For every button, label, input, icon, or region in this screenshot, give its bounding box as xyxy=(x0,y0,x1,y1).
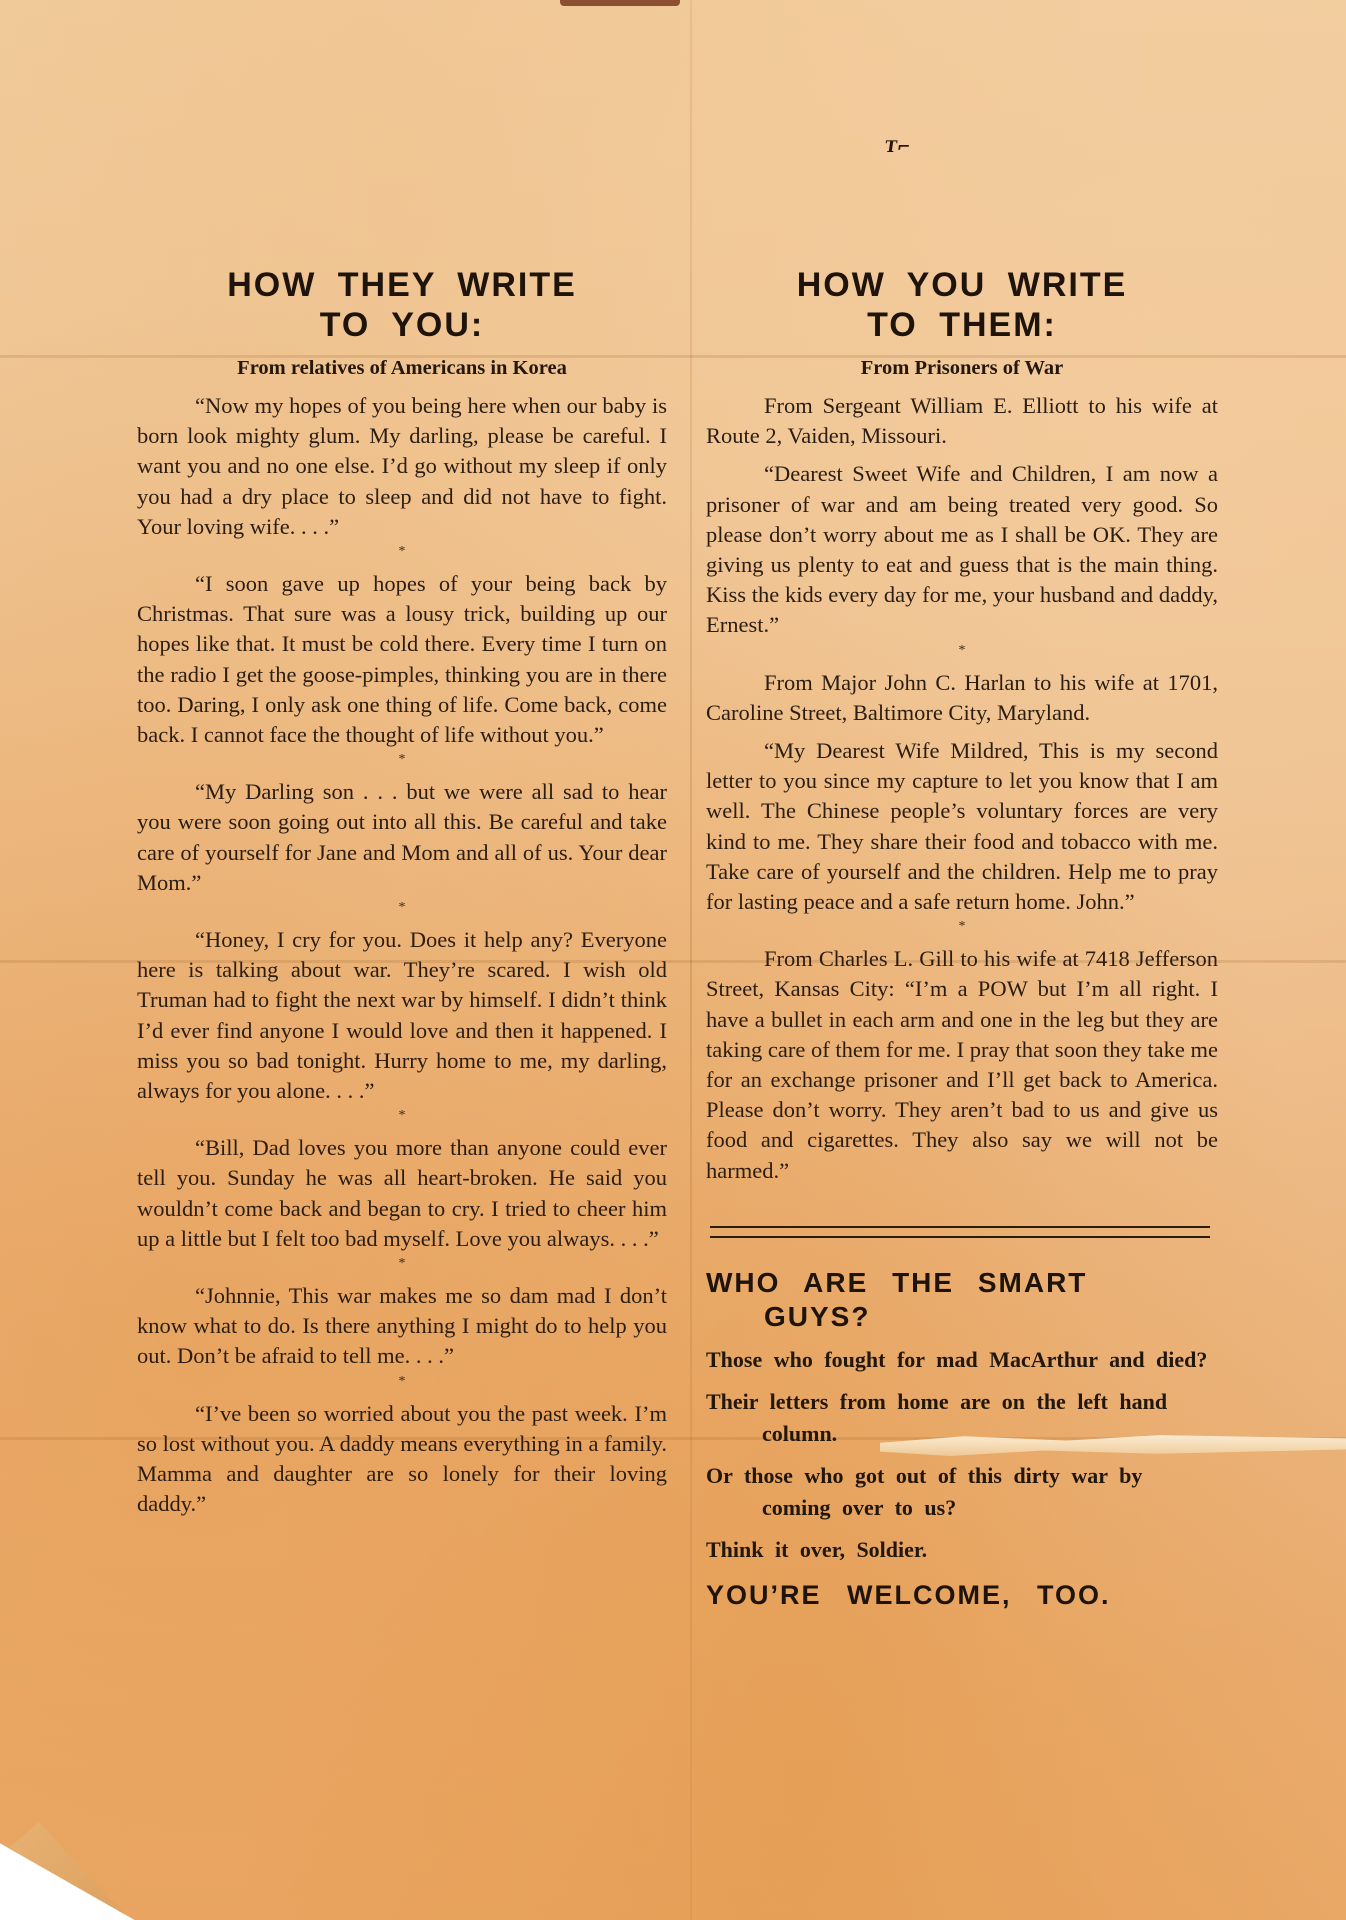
letter-intro: From Sergeant William E. Elliott to his … xyxy=(706,391,1218,451)
left-headline: HOW THEY WRITE TO YOU: xyxy=(137,265,667,345)
separator-asterisk: * xyxy=(706,644,1218,658)
separator-asterisk: * xyxy=(137,901,667,915)
letter-intro: From Charles L. Gill to his wife at 7418… xyxy=(706,944,1218,1186)
letter-intro: From Major John C. Harlan to his wife at… xyxy=(706,668,1218,728)
separator-asterisk: * xyxy=(137,545,667,559)
letter: “Honey, I cry for you. Does it help any?… xyxy=(137,925,667,1106)
separator-asterisk: * xyxy=(137,1257,667,1271)
letter: “I soon gave up hopes of your being back… xyxy=(137,569,667,750)
smart-item: Those who fought for mad MacArthur and d… xyxy=(706,1344,1218,1376)
letter: “I’ve been so worried about you the past… xyxy=(137,1399,667,1520)
separator-asterisk: * xyxy=(137,1109,667,1123)
right-headline-line1: HOW YOU WRITE xyxy=(797,266,1128,304)
folded-corner xyxy=(0,1822,130,1920)
smart-heading-line1: WHO ARE THE SMART xyxy=(706,1267,1087,1298)
smart-guys-heading: WHO ARE THE SMART GUYS? xyxy=(706,1266,1218,1334)
separator-asterisk: * xyxy=(137,753,667,767)
leaflet-page: T⌐ HOW THEY WRITE TO YOU: From relatives… xyxy=(0,0,1346,1920)
letter: “Bill, Dad loves you more than anyone co… xyxy=(137,1133,667,1254)
letter: “My Darling son . . . but we were all sa… xyxy=(137,777,667,898)
letter: “Now my hopes of you being here when our… xyxy=(137,391,667,542)
letter: “Johnnie, This war makes me so dam mad I… xyxy=(137,1281,667,1372)
top-ink-mark xyxy=(560,0,680,6)
right-headline-line2: TO THEM: xyxy=(867,306,1057,344)
left-subhead: From relatives of Americans in Korea xyxy=(137,355,667,381)
left-headline-line1: HOW THEY WRITE xyxy=(227,266,577,304)
right-headline: HOW YOU WRITE TO THEM: xyxy=(706,265,1218,345)
closing-line: YOU’RE WELCOME, TOO. xyxy=(706,1580,1218,1610)
left-headline-line2: TO YOU: xyxy=(320,306,484,344)
smart-item: Their letters from home are on the left … xyxy=(706,1386,1218,1450)
right-column: HOW YOU WRITE TO THEM: From Prisoners of… xyxy=(706,265,1218,1610)
letter: “My Dearest Wife Mildred, This is my sec… xyxy=(706,736,1218,917)
smart-heading-line2: GUYS? xyxy=(706,1300,1218,1334)
separator-asterisk: * xyxy=(137,1375,667,1389)
double-rule-divider xyxy=(710,1226,1210,1238)
left-column: HOW THEY WRITE TO YOU: From relatives of… xyxy=(137,265,667,1520)
smart-item: Or those who got out of this dirty war b… xyxy=(706,1460,1218,1524)
handwritten-mark: T⌐ xyxy=(884,137,935,157)
smart-item: Think it over, Soldier. xyxy=(706,1534,1218,1566)
right-subhead: From Prisoners of War xyxy=(706,355,1218,381)
separator-asterisk: * xyxy=(706,920,1218,934)
letter: “Dearest Sweet Wife and Children, I am n… xyxy=(706,459,1218,640)
